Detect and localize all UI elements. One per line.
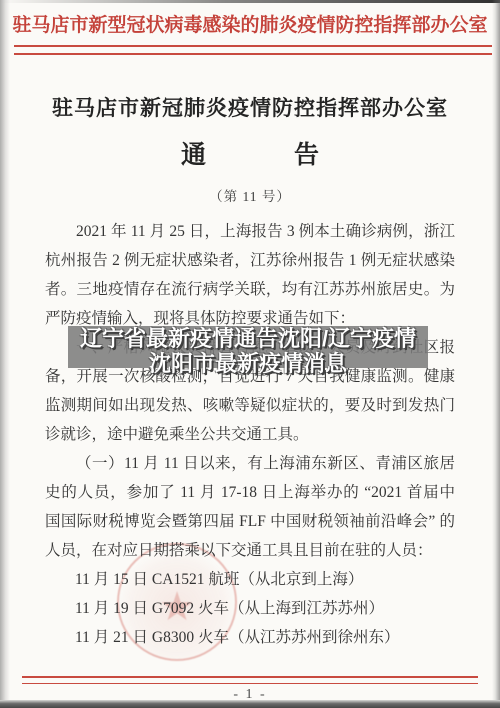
document-body: 2021 年 11 月 25 日，上海报告 3 例本土确诊病例，浙江杭州报告 2… [45,217,455,652]
body-line: 人员，在对应日期搭乘以下交通工具且目前在驻的人员： [45,536,455,565]
caption-line-1: 辽宁省最新疫情通告沈阳/辽宁疫情 [80,326,416,351]
letterhead-title: 驻马店市新型冠状病毒感染的肺炎疫情防控指挥部办公室 [0,10,500,42]
body-line: 史的人员，参加了 11 月 17-18 日上海举办的 “2021 首届中 [45,478,455,507]
body-line: 国国际财税博览会暨第四届 FLF 中国财税领袖前沿峰会” 的 [45,507,455,536]
footer-double-rule [22,676,478,684]
document-org-title: 驻马店市新冠肺炎疫情防控指挥部办公室 [0,95,500,123]
caption-line-2: 沈阳市最新疫情消息 [149,351,347,376]
scanned-notice-page: 驻马店市新型冠状病毒感染的肺炎疫情防控指挥部办公室 驻马店市新冠肺炎疫情防控指挥… [0,0,500,708]
body-line: 11 月 19 日 G7092 火车（从上海到江苏苏州） [45,594,455,623]
body-line: 2021 年 11 月 25 日，上海报告 3 例本土确诊病例，浙江 [45,217,455,246]
doc-type-char-1: 通 [181,140,206,170]
doc-type-char-2: 告 [294,140,319,170]
letterhead-double-rule [14,45,492,55]
body-line: 杭州报告 2 例无症状感染者，江苏徐州报告 1 例无症状感染 [45,246,455,275]
body-line: 监测期间如出现发热、咳嗽等疑似症状的，要及时到发热门 [45,391,455,420]
page-number: - 1 - [0,686,500,704]
body-line: 11 月 21 日 G8300 火车（从江苏苏州到徐州东） [45,623,455,652]
body-line: （一）11 月 11 日以来，有上海浦东新区、青浦区旅居 [45,449,455,478]
caption-overlay: 辽宁省最新疫情通告沈阳/辽宁疫情 沈阳市最新疫情消息 [68,326,428,368]
body-line: 11 月 15 日 CA1521 航班（从北京到上海） [45,565,455,594]
document-number: （第 11 号） [0,188,500,206]
photo-edge-top [0,0,500,3]
body-line: 诊就诊，途中避免乘坐公共交通工具。 [45,420,455,449]
document-type-heading: 通 告 [0,140,500,170]
body-line: 者。三地疫情存在流行病学关联，均有江苏苏州旅居史。为 [45,275,455,304]
